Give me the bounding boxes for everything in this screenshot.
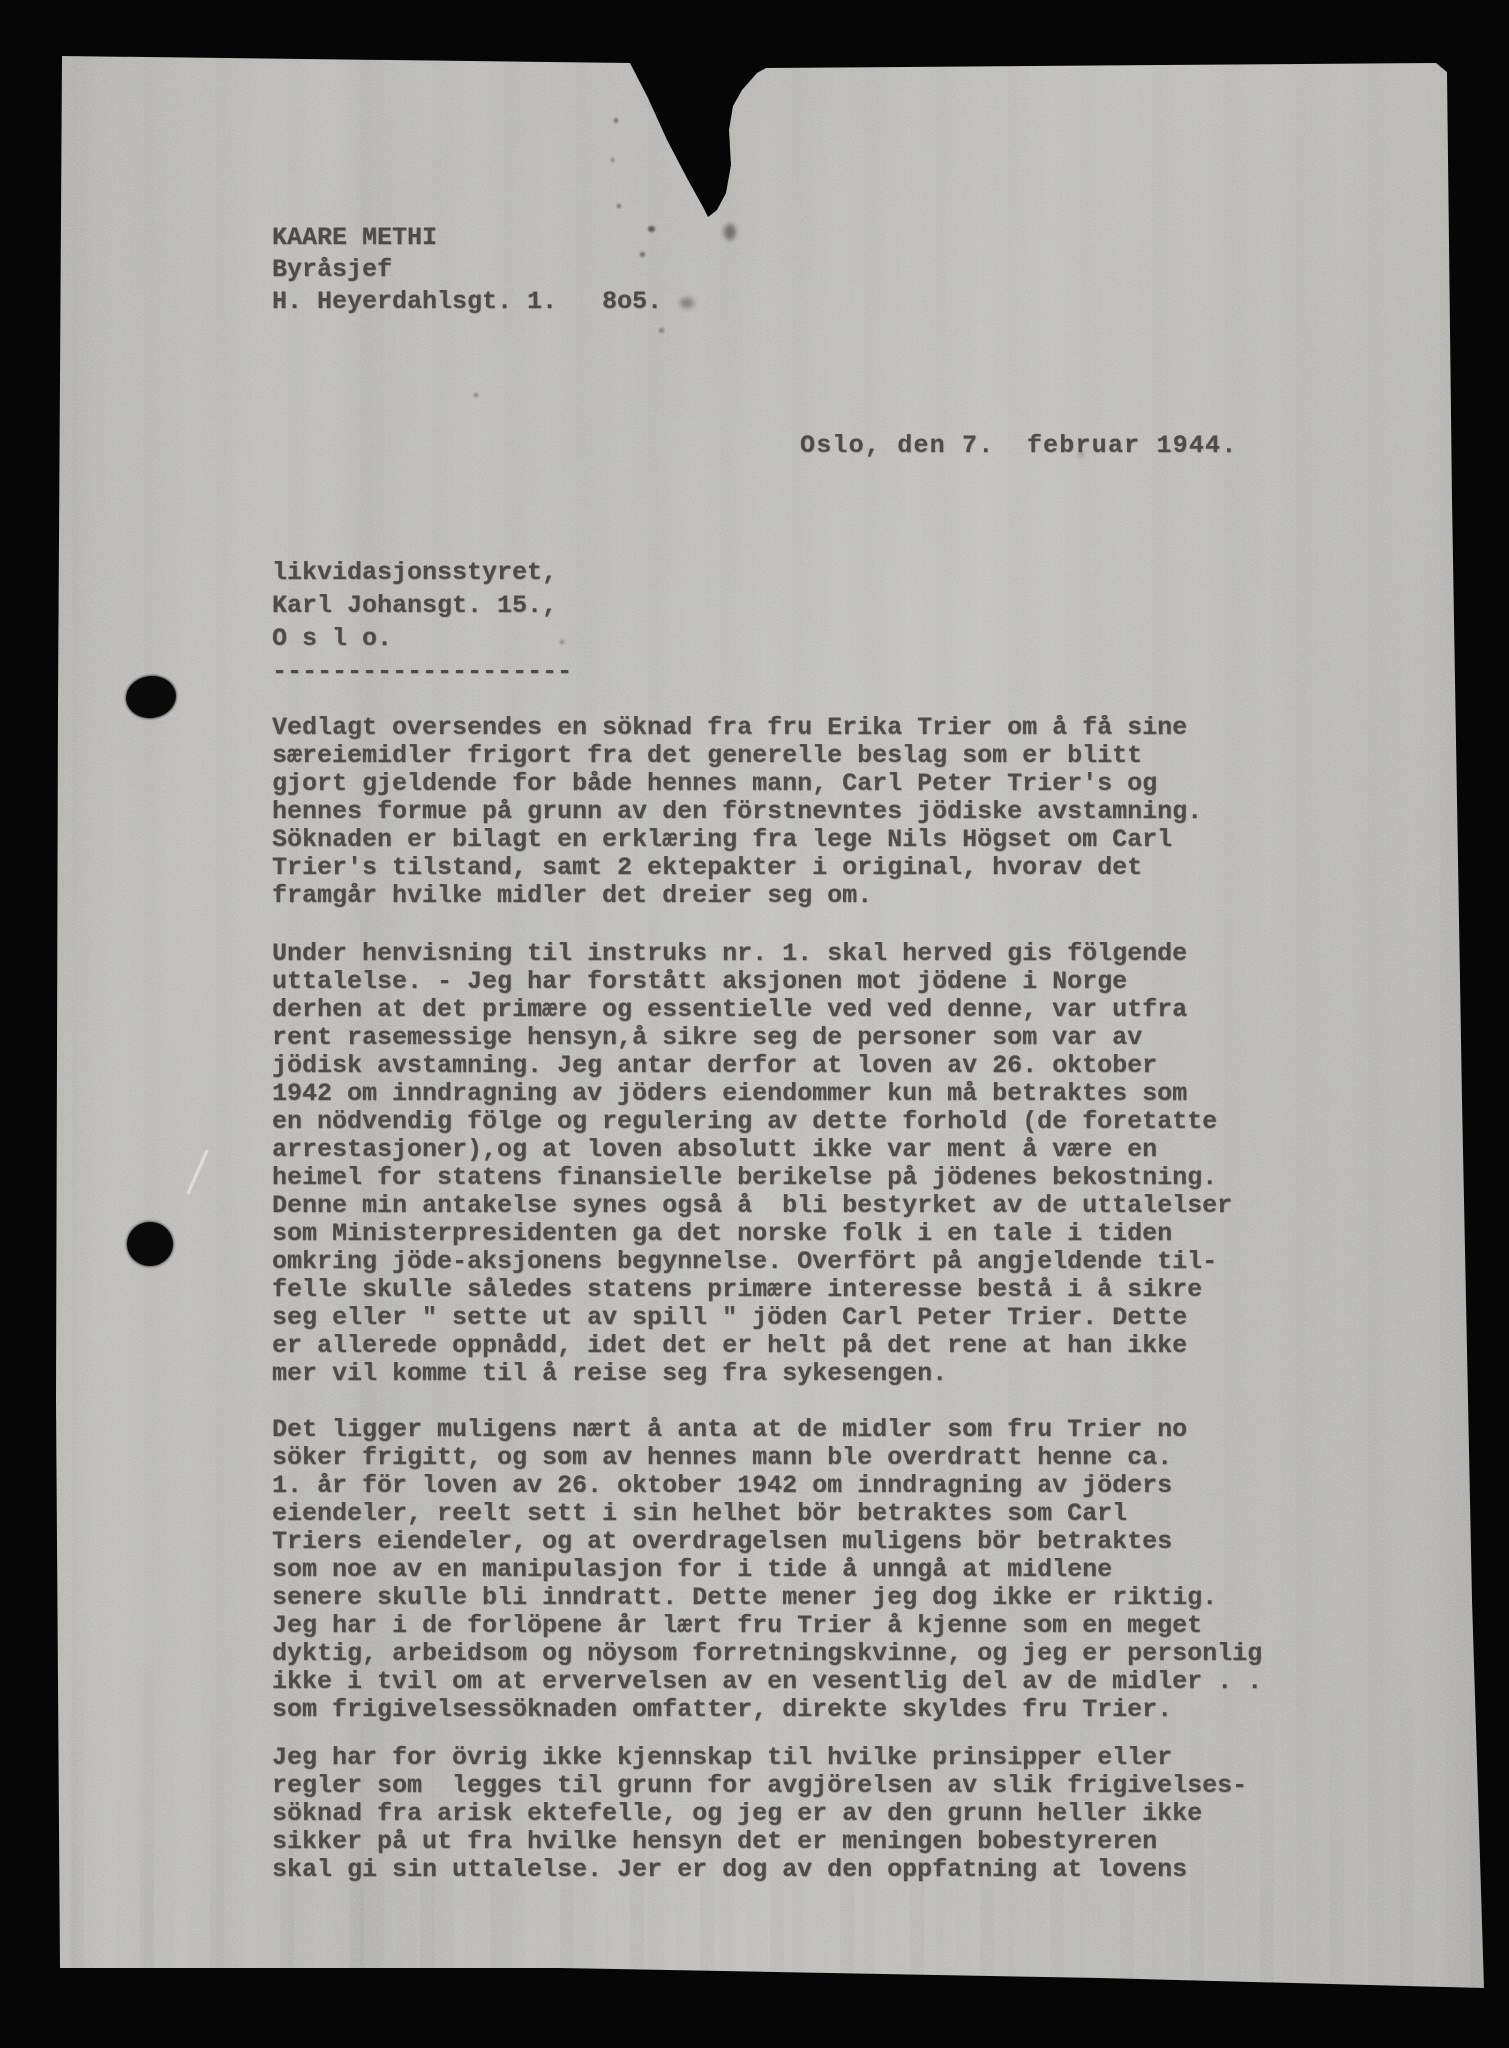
ink-speck	[611, 158, 614, 162]
ink-speck	[617, 204, 621, 208]
document-page: KAARE METHI Byråsjef H. Heyerdahlsgt. 1.…	[0, 0, 1509, 2048]
scan-background: KAARE METHI Byråsjef H. Heyerdahlsgt. 1.…	[0, 0, 1509, 2048]
ink-speck	[659, 328, 664, 333]
ink-speck	[474, 393, 478, 397]
punch-hole-top	[123, 673, 178, 722]
body-paragraph-4: Jeg har for övrig ikke kjennskap til hvi…	[272, 1744, 1247, 1884]
recipient-address-block: likvidasjonsstyret, Karl Johansgt. 15., …	[272, 556, 572, 688]
smudge	[724, 224, 736, 240]
ink-speck	[614, 118, 618, 123]
date-line: Oslo, den 7. februar 1944.	[800, 432, 1237, 460]
punch-hole-bottom	[127, 1222, 173, 1266]
sender-address-block: KAARE METHI Byråsjef H. Heyerdahlsgt. 1.…	[272, 222, 662, 318]
body-paragraph-2: Under henvisning til instruks nr. 1. ska…	[272, 940, 1232, 1388]
smudge	[680, 298, 694, 308]
white-scratch	[186, 1149, 208, 1194]
body-paragraph-3: Det ligger muligens nært å anta at de mi…	[272, 1416, 1262, 1724]
body-paragraph-1: Vedlagt oversendes en söknad fra fru Eri…	[272, 714, 1202, 910]
